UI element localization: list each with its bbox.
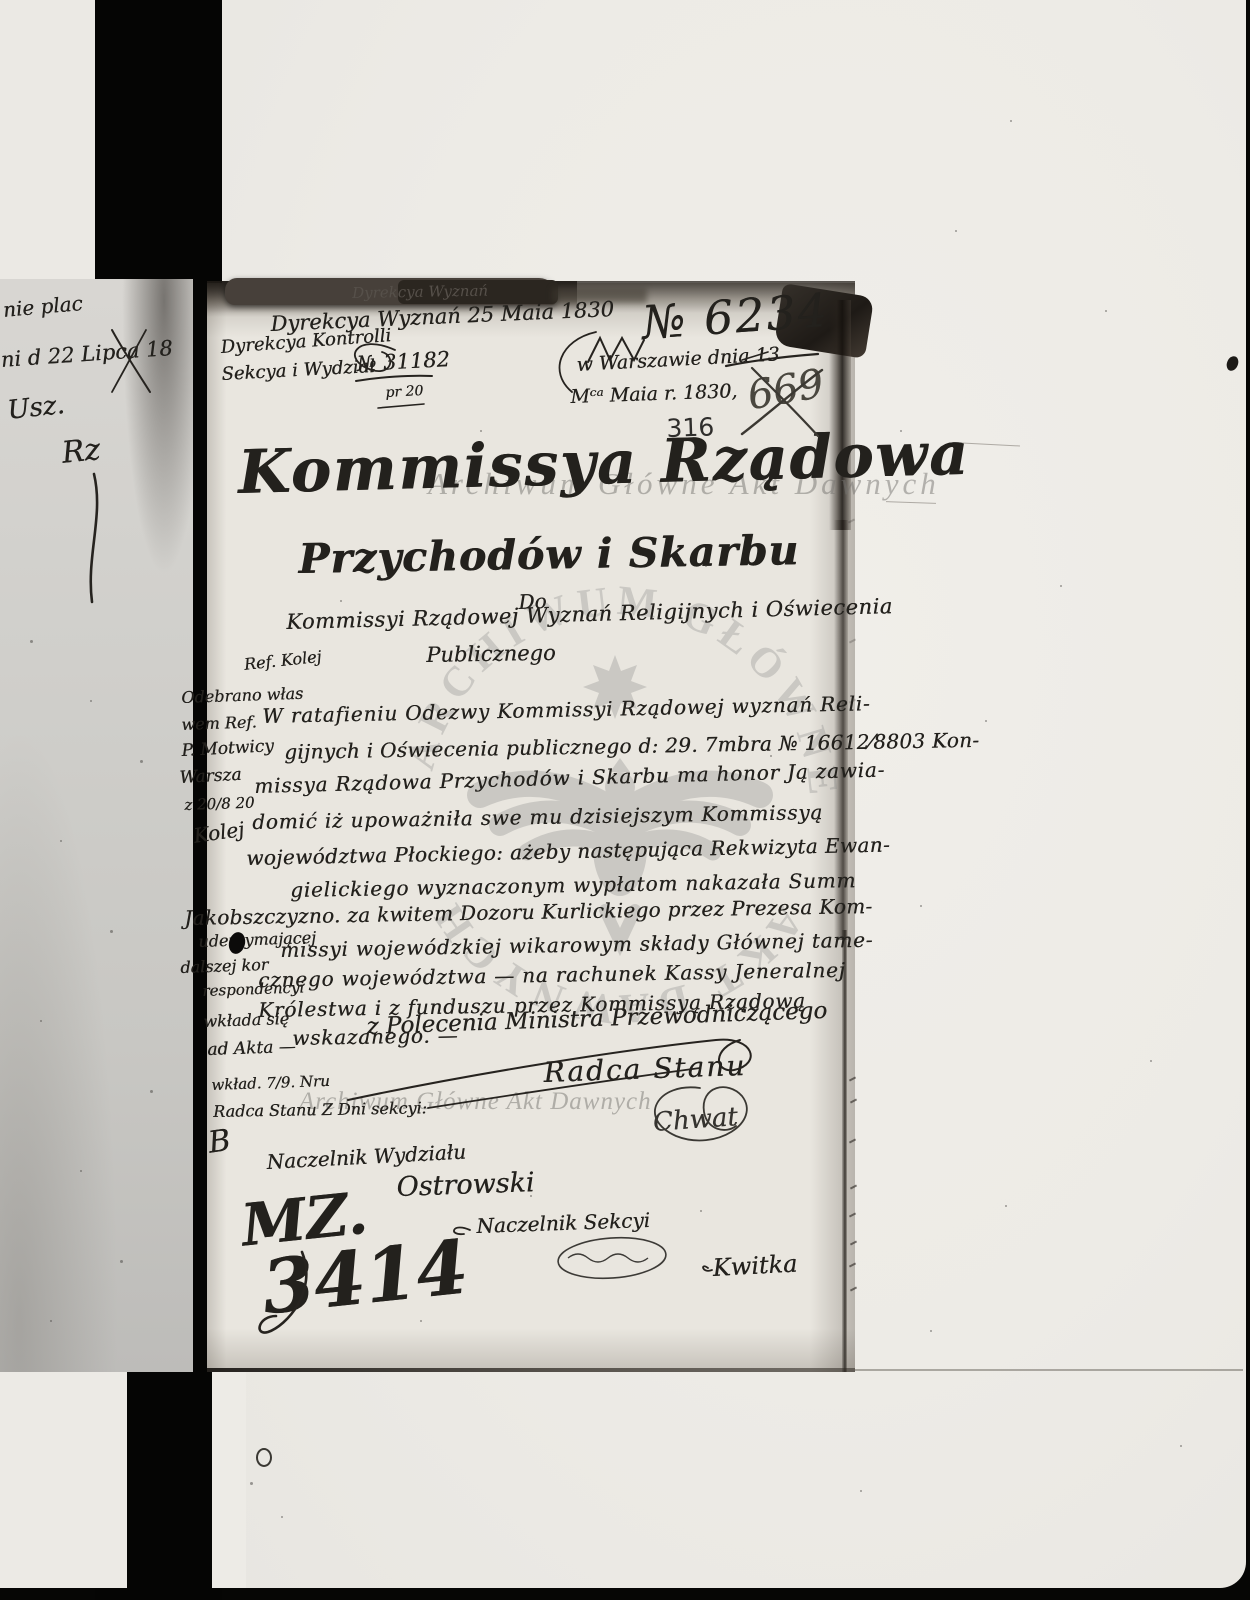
speck [900,430,902,432]
speck [1010,120,1012,122]
film-frame-bottomleft [0,1372,127,1588]
flap-inscription: Dyrekcya Wyznań [352,282,488,302]
speck [60,840,62,842]
speck [985,720,987,722]
speck [40,1020,42,1022]
speck [705,565,707,567]
speck [930,1330,932,1332]
councillor-signature: Chwat [652,1102,739,1138]
speck [955,230,957,232]
speck [530,1195,532,1197]
speck [920,905,922,907]
speck [90,700,92,702]
header-reference-sub: pr 20 [385,383,424,401]
margin-note: z 20/8 20 [184,794,255,814]
speck [860,1490,862,1492]
speck [140,760,143,763]
speck [30,640,33,643]
film-frame-bottom-patch [212,1372,246,1588]
margin-note: Warsza [179,765,242,788]
head-of-division-signature: Ostrowski [396,1167,535,1203]
ring-mark [256,1448,272,1467]
speck [480,430,482,432]
speck [281,1516,283,1518]
speck [1180,1445,1182,1447]
page-bottom-edge [207,1368,855,1372]
margin-note: dalszej kor [180,955,269,977]
councillor-title: Radca Stanu [543,1049,747,1089]
clerk-signature: Kwitka [712,1250,798,1282]
speck [700,1210,702,1212]
adjacent-page-paraph: Rz [60,432,102,471]
address-line2: Publicznego [426,641,556,667]
speck [150,1090,153,1093]
speck [1060,585,1062,587]
speck [1005,1205,1007,1207]
header-reference-number: № 31182 [356,347,450,376]
document-title-line2: Przychodów i Skarbu [298,526,800,583]
speck [110,930,113,933]
speck [1105,310,1107,312]
margin-note: wem Ref. [181,712,257,734]
speck [770,755,772,757]
archival-scan: Archiwum Główne Akt Dawnych Archiwum Głó… [0,0,1250,1600]
margin-note: Radca Stanu Z Dni sekcyi: [213,1098,427,1121]
speck [340,600,342,602]
speck [420,1320,422,1322]
speck [300,1075,302,1077]
margin-note: ad Akta — [207,1037,296,1060]
margin-paraph: B [206,1123,233,1161]
speck [50,1320,52,1322]
page-bottom-edge-extension [855,1369,1243,1371]
film-frame-topleft [0,0,97,279]
speck [1150,1060,1152,1062]
adjacent-page-line: Usz. [6,390,66,426]
speck [250,1482,253,1485]
speck [80,1170,82,1172]
speck [120,1260,123,1263]
